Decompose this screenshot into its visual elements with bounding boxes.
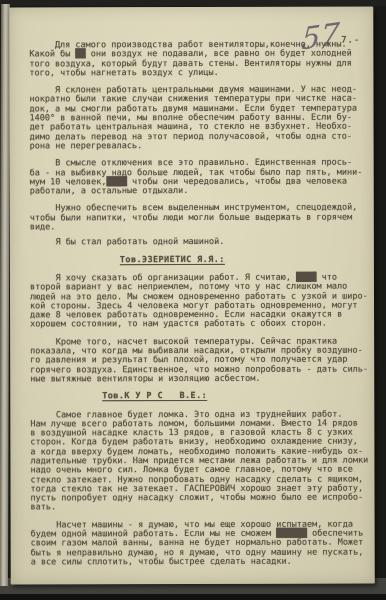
- paragraph-shutdown-request: В смысле отключения все это правильно. Е…: [30, 159, 376, 197]
- paragraph-lomka: Самое главное будет ломка. Это одна из т…: [30, 410, 376, 513]
- paragraph-high-temperature: Кроме того, насчет высокой температуры. …: [30, 337, 376, 384]
- paragraph-two-machines: Я склонен работать центральными двумя ма…: [29, 86, 375, 152]
- paragraph-organization: Я хочу сказать об организации работ. Я с…: [30, 273, 376, 330]
- paragraph-ventilators: Для самого производства работ вентилятор…: [29, 41, 375, 79]
- speaker-heading-ezerietis: Тов.ЭЗЕРИЕТИС Я.Я.:: [120, 255, 376, 265]
- page-text: Для самого производства работ вентилятор…: [29, 41, 376, 576]
- line-one-machine: Я бы стал работать одной машиной.: [30, 238, 376, 248]
- typewritten-page: 57 7.- Для самого производства работ вен…: [9, 7, 375, 585]
- paragraph-equipment: Нужно обеспечить всем выделенным инструм…: [30, 204, 376, 233]
- scanned-document: 57 7.- Для самого производства работ вен…: [0, 0, 386, 600]
- paragraph-machine-plan: Насчет машины - я думаю, что мы еще хоро…: [31, 520, 377, 567]
- speaker-heading-kurs: Тов.К У Р С В.Е.:: [102, 392, 376, 402]
